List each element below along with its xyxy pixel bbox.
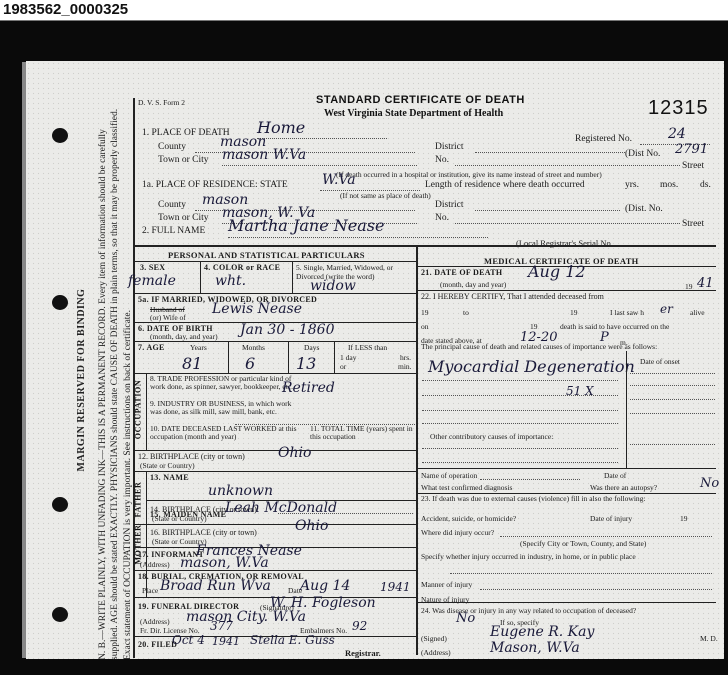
date-of-death-sub: (month, day and year)	[440, 280, 506, 289]
length-of-residence-label: Length of residence where death occurred	[425, 180, 585, 190]
divider	[288, 341, 289, 373]
external-causes-label: 23. If death was due to external causes …	[421, 495, 711, 503]
occupation-related-answer: No	[456, 611, 475, 626]
divider	[418, 468, 716, 469]
father-name-label: 13. NAME	[150, 473, 189, 482]
image-id: 1983562_0000325	[3, 1, 128, 18]
last-saw-label: I last saw h	[610, 308, 644, 317]
place-of-death-line	[257, 138, 387, 139]
residence-town-label: Town or City	[158, 213, 209, 223]
binding-hole-icon	[52, 128, 68, 143]
other-causes-line	[422, 462, 618, 463]
residence-state: W.Va	[322, 172, 356, 188]
registered-no-value: 24	[668, 126, 686, 142]
on-label: on	[421, 322, 429, 331]
residence-county-label: County	[158, 200, 186, 210]
burial-place-label: Place	[142, 586, 158, 595]
mos-label: mos.	[660, 180, 678, 190]
divider	[334, 341, 335, 373]
birthplace-value: Ohio	[278, 445, 311, 461]
full-name-label: 2. FULL NAME	[142, 226, 205, 236]
residence-note: (If not same as place of death)	[340, 191, 431, 200]
manner-line	[480, 589, 712, 590]
where-note: (Specify City or Town, County, and State…	[520, 539, 646, 548]
full-name-line	[228, 237, 488, 238]
residence-dist-no-label: (Dist. No.	[625, 204, 663, 214]
residence-district-line	[475, 210, 620, 211]
margin-instructions: MARGIN RESERVED FOR BINDING N. B.—WRITE …	[76, 100, 134, 660]
informant-address-value: mason, W.Va	[180, 555, 269, 571]
physician-address: Mason, W.Va	[490, 640, 580, 656]
industry-label: 9. INDUSTRY OR BUSINESS, in which work w…	[150, 400, 300, 416]
cause-intro: The principal cause of death and related…	[421, 343, 711, 351]
informant-address-label: (Address)	[140, 560, 170, 569]
age-label: 7. AGE	[138, 343, 165, 352]
residence-label: 1a. PLACE OF RESIDENCE: STATE	[142, 180, 288, 190]
town-value: mason W.Va	[222, 147, 306, 163]
binding-hole-icon	[52, 295, 68, 310]
dist-no-label: (Dist No.	[625, 149, 660, 159]
maiden-name-label: 15. MAIDEN NAME	[150, 510, 226, 519]
other-causes-label: Other contributory causes of importance:	[430, 432, 553, 441]
sex-value: female	[128, 273, 176, 289]
less-than-label: If LESS than	[348, 343, 387, 352]
autopsy-value: No	[700, 476, 719, 491]
min-label: min.	[398, 362, 412, 371]
death-year: 41	[697, 276, 714, 291]
alive-label: alive	[690, 308, 705, 317]
physician-address-label: (Address)	[421, 648, 451, 657]
personal-section-title: PERSONAL AND STATISTICAL PARTICULARS	[168, 250, 365, 260]
registered-no-label: Registered No.	[575, 134, 632, 144]
divider	[228, 341, 229, 373]
registrar-signature: Stella E. Guss	[250, 633, 335, 647]
onset-line	[630, 385, 715, 386]
street-line	[455, 165, 680, 166]
place-of-death-label: 1. PLACE OF DEATH	[142, 128, 230, 138]
test-label: What test confirmed diagnosis	[421, 483, 512, 492]
mother-birthplace-value: Ohio	[295, 518, 328, 534]
injury-date-label: Date of injury	[590, 514, 632, 523]
cause-line	[422, 395, 618, 396]
signed-label: (Signed)	[421, 634, 447, 643]
funeral-address-label: (Address)	[140, 617, 170, 626]
birthplace-label: 12. BIRTHPLACE (city or town)	[138, 452, 245, 461]
full-name-value: Martha Jane Nease	[228, 216, 384, 235]
death-said-text: death is said to have occurred on the	[560, 322, 669, 331]
date-of-death-label: 21. DATE OF DEATH	[421, 268, 502, 277]
dob-sub-label: (month, day, and year)	[150, 332, 218, 341]
divider	[418, 602, 716, 603]
color-value: wht.	[215, 273, 246, 289]
divider	[134, 471, 416, 472]
trade-value: Retired	[282, 380, 335, 396]
accident-label: Accident, suicide, or homicide?	[421, 514, 516, 523]
onset-line	[630, 444, 715, 445]
md-label: M. D.	[700, 634, 718, 643]
divider	[134, 524, 416, 525]
funeral-address-value: mason City. W.Va	[186, 609, 306, 625]
place-line	[450, 573, 712, 574]
color-label: 4. COLOR or RACE	[204, 263, 280, 272]
date-of-onset-label: Date of onset	[640, 357, 680, 366]
age-months: 6	[245, 354, 255, 373]
cause-line	[422, 410, 618, 411]
embalmer-value: 92	[352, 619, 367, 633]
marital-value: widow	[310, 278, 356, 294]
registrar-label: Registrar.	[345, 648, 381, 658]
street-label: Street	[682, 161, 704, 171]
margin-title: MARGIN RESERVED FOR BINDING	[76, 100, 89, 660]
one-day-label: 1 day	[340, 353, 356, 362]
specify-injury-label: Specify whether injury occurred in indus…	[421, 550, 711, 564]
where-injury-label: Where did injury occur?	[421, 528, 494, 537]
column-divider	[416, 245, 418, 655]
divider	[134, 293, 416, 294]
months-label: Months	[242, 343, 265, 352]
dist-no-value: 2791	[675, 142, 708, 157]
cause-line	[422, 380, 618, 381]
from-year-label: 19	[421, 308, 429, 317]
or-label: or	[340, 362, 346, 371]
divider	[200, 261, 201, 293]
ds-label: ds.	[700, 180, 711, 190]
divider	[292, 261, 293, 293]
hrs-label: hrs.	[400, 353, 411, 362]
onset-line	[630, 413, 715, 414]
last-saw-value: er	[660, 302, 673, 316]
burial-place-value: Broad Run Wva	[160, 578, 271, 594]
dob-value: Jan 30 - 1860	[240, 322, 335, 338]
burial-date-value: Aug 14	[300, 578, 350, 594]
district-label: District	[435, 142, 464, 152]
father-side-label: FATHER	[134, 480, 143, 520]
where-line	[500, 536, 712, 537]
residence-street-label: Street	[682, 219, 704, 229]
binding-hole-icon	[52, 607, 68, 622]
injury-year-label: 19	[680, 514, 688, 523]
divider	[626, 351, 627, 468]
birthplace-sub-label: (State or Country)	[140, 461, 195, 470]
other-causes-line	[422, 448, 618, 449]
age-days: 13	[296, 354, 316, 373]
form-id: D. V. S. Form 2	[138, 98, 185, 107]
mother-birthplace-label: 16. BIRTHPLACE (city or town)	[150, 528, 257, 537]
margin-notice: N. B.—WRITE PLAINLY, WITH UNFADING INK—T…	[97, 100, 135, 660]
total-time-label: 11. TOTAL TIME (years) spent in this occ…	[310, 425, 416, 441]
town-label: Town or City	[158, 155, 209, 165]
onset-line	[630, 373, 715, 374]
years-label: Years	[190, 343, 207, 352]
filed-year: 1941	[212, 635, 240, 648]
operation-date-label: Date of	[604, 471, 626, 480]
cause-of-death: Myocardial Degeneration	[428, 357, 635, 376]
spouse-value: Lewis Nease	[212, 301, 302, 317]
hospital-note: (If death occurred in a hospital or inst…	[336, 170, 602, 179]
binding-hole-icon	[52, 497, 68, 512]
burial-year: 1941	[380, 580, 411, 594]
divider	[134, 450, 416, 451]
residence-no-label: No.	[435, 213, 449, 223]
cause-line	[422, 423, 618, 424]
town-line	[222, 165, 417, 166]
operation-label: Name of operation	[421, 471, 477, 480]
certificate-subtitle: West Virginia State Department of Health	[324, 108, 503, 119]
to-label: to	[463, 308, 469, 317]
certificate-title: STANDARD CERTIFICATE OF DEATH	[316, 94, 525, 106]
license-value: 377	[210, 619, 233, 633]
divider	[134, 570, 416, 571]
physician-signature: Eugene R. Kay	[490, 624, 594, 640]
sex-label: 3. SEX	[140, 263, 165, 272]
filed-date: Oct 4	[172, 633, 205, 647]
divider	[418, 290, 716, 291]
certificate-number: 12315	[648, 97, 709, 120]
father-name-value: unknown	[208, 483, 273, 499]
manner-label: Manner of injury	[421, 580, 472, 589]
certify-text: 22. I HEREBY CERTIFY, That I attended de…	[421, 292, 604, 301]
divider	[134, 261, 416, 262]
no-label: No.	[435, 155, 449, 165]
onset-line	[630, 399, 715, 400]
divider	[134, 245, 716, 247]
district-line	[475, 152, 625, 153]
residence-district-label: District	[435, 200, 464, 210]
operation-line	[480, 479, 580, 480]
wife-label: (or) Wife of	[150, 313, 186, 322]
maiden-name-value: Leah McDonald	[225, 500, 337, 516]
age-years: 81	[182, 354, 202, 373]
autopsy-label: Was there an autopsy?	[590, 483, 657, 492]
yrs-label: yrs.	[625, 180, 639, 190]
to-year-label: 19	[570, 308, 578, 317]
trade-label: 8. TRADE PROFESSION or particular kind o…	[150, 375, 300, 391]
divider	[134, 341, 416, 342]
days-label: Days	[304, 343, 319, 352]
date-of-death-value: Aug 12	[528, 262, 586, 281]
form-left-border	[133, 98, 135, 658]
divider	[146, 373, 147, 450]
residence-street-line	[455, 223, 680, 224]
occupation-side-label: OCCUPATION	[134, 380, 143, 440]
last-worked-label: 10. DATE DECEASED LAST WORKED at this oc…	[150, 425, 310, 441]
county-label: County	[158, 142, 186, 152]
